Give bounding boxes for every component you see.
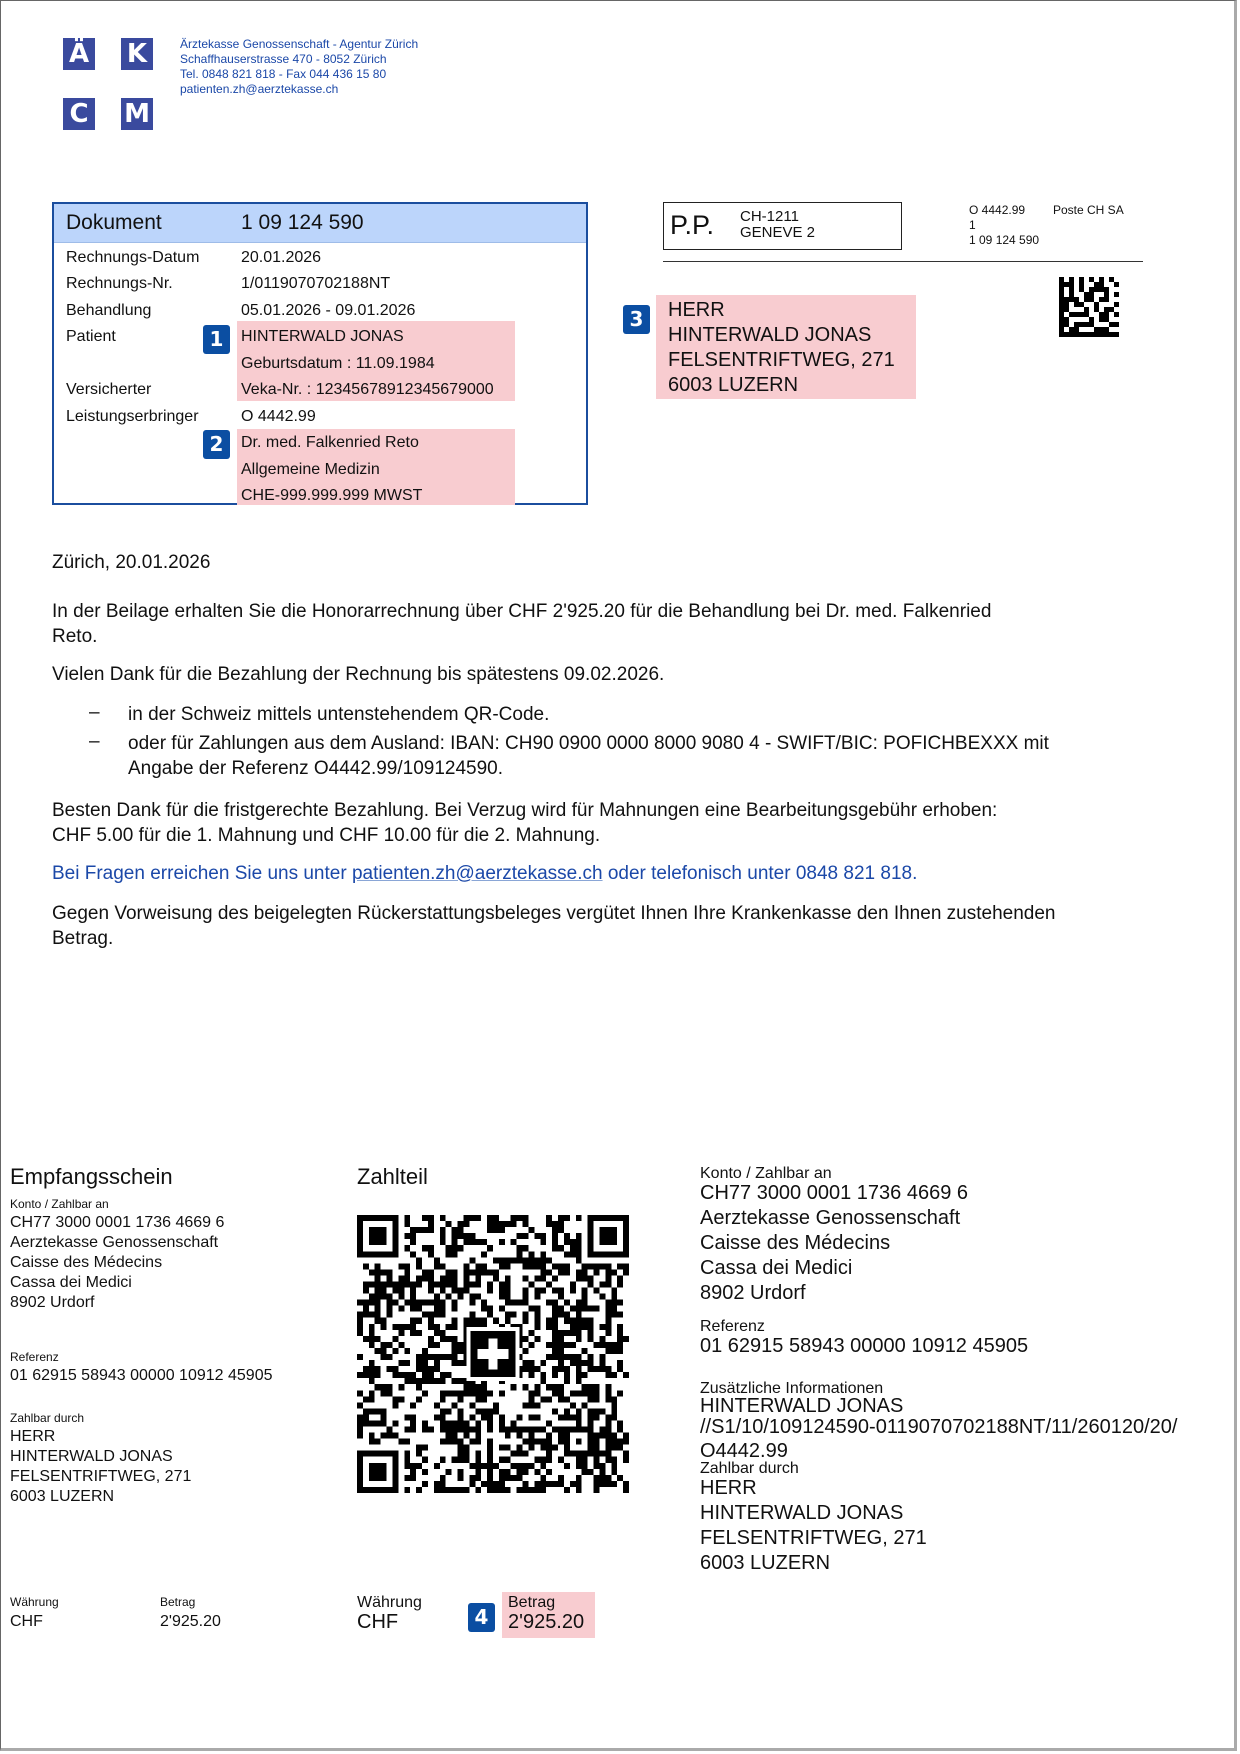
payment-creditor-name-fr: Caisse des Médecins [700,1231,968,1256]
postage-count: 1 [969,218,1039,233]
receipt-reference-label: Referenz [10,1350,59,1364]
payment-debtor-name: HINTERWALD JONAS [700,1501,927,1526]
additional-info-code: O4442.99 [700,1441,1177,1462]
receipt-creditor-name-fr: Caisse des Médecins [10,1253,224,1273]
bullet-foreign-payment: oder für Zahlungen aus dem Ausland: IBAN… [128,731,1168,781]
payment-creditor-name: Aerztekasse Genossenschaft [700,1206,968,1231]
receipt-iban: CH77 3000 0001 1736 4669 6 [10,1213,224,1233]
insured-label: Versicherter [66,381,151,399]
receipt-amount: 2'925.20 [160,1612,221,1632]
sender-email[interactable]: patienten.zh@aerztekasse.ch [180,82,418,97]
logo-tile-m: M [121,98,153,130]
treatment-value: 05.01.2026 - 09.01.2026 [241,302,415,320]
payment-reference: 01 62915 58943 00000 10912 45905 [700,1334,1028,1359]
provider-label: Leistungserbringer [66,408,199,426]
postage-carrier: Poste CH SA [1053,203,1124,218]
sender-name: Ärztekasse Genossenschaft - Agentur Züri… [180,37,418,52]
marker-badge-2: 2 [203,430,230,459]
bullet-foreign-line-2: Angabe der Referenz O4442.99/109124590. [128,756,1168,781]
document-info-table: Dokument 1 09 124 590 Rechnungs-Datum 20… [52,202,588,505]
postage-meta: O 4442.99 1 1 09 124 590 [969,203,1039,248]
logo-tile-c: C [63,98,95,130]
receipt-account: CH77 3000 0001 1736 4669 6 Aerztekasse G… [10,1213,224,1313]
receipt-debtor-name: HINTERWALD JONAS [10,1447,191,1467]
sender-address: Ärztekasse Genossenschaft - Agentur Züri… [180,37,418,97]
receipt-creditor-name: Aerztekasse Genossenschaft [10,1233,224,1253]
receipt-title: Empfangsschein [10,1164,173,1190]
postage-box: P.P. CH-1211 GENEVE 2 [663,202,902,250]
payment-deadline: Vielen Dank für die Bezahlung der Rechnu… [52,662,1172,687]
patient-label: Patient [66,328,116,346]
receipt-reference: 01 62915 58943 00000 10912 45905 [10,1366,272,1386]
postage-code: O 4442.99 [969,203,1039,218]
recipient-city: 6003 LUZERN [662,373,910,398]
intro-line-2: Reto. [52,624,1172,649]
invoice-number-value: 1/0119070702188NT [241,275,390,293]
postage-doc-number: 1 09 124 590 [969,233,1039,248]
bullet-foreign-line-1: oder für Zahlungen aus dem Ausland: IBAN… [128,731,1168,756]
logo-tile-k: K [121,38,153,70]
pp-mark: P.P. [670,210,714,241]
payment-debtor-street: FELSENTRIFTWEG, 271 [700,1526,927,1551]
contact-prefix: Bei Fragen erreichen Sie uns unter [52,863,352,884]
insured-veka-number: Veka-Nr. : 12345678912345679000 [241,381,494,399]
document-label: Dokument [66,211,162,235]
payment-debtor-city: 6003 LUZERN [700,1551,927,1576]
bullet-qr-payment: in der Schweiz mittels untenstehendem QR… [128,702,1168,727]
provider-code: O 4442.99 [241,408,316,426]
reimbursement-line-1: Gegen Vorweisung des beigelegten Rückers… [52,901,1172,926]
invoice-number-label: Rechnungs-Nr. [66,275,173,293]
intro-paragraph: In der Beilage erhalten Sie die Honorarr… [52,599,1172,649]
invoice-date-value: 20.01.2026 [241,249,321,267]
receipt-creditor-city: 8902 Urdorf [10,1293,224,1313]
recipient-address: HERR HINTERWALD JONAS FELSENTRIFTWEG, 27… [656,295,910,399]
payment-part-title: Zahlteil [357,1164,428,1190]
reimbursement-paragraph: Gegen Vorweisung des beigelegten Rückers… [52,901,1172,951]
invoice-date-label: Rechnungs-Datum [66,249,199,267]
patient-birthdate: Geburtsdatum : 11.09.1984 [241,355,435,373]
receipt-account-label: Konto / Zahlbar an [10,1197,109,1211]
receipt-debtor-salutation: HERR [10,1427,191,1447]
provider-vat-number: CHE-999.999.999 MWST [241,487,422,505]
receipt-debtor-street: FELSENTRIFTWEG, 271 [10,1467,191,1487]
payment-creditor-name-it: Cassa dei Medici [700,1256,968,1281]
provider-name: Dr. med. Falkenried Reto [241,434,419,452]
marker-badge-4: 4 [468,1603,495,1632]
payment-debtor-salutation: HERR [700,1476,927,1501]
recipient-name: HINTERWALD JONAS [662,323,910,348]
reminder-fees-paragraph: Besten Dank für die fristgerechte Bezahl… [52,798,1172,848]
reminder-line-1: Besten Dank für die fristgerechte Bezahl… [52,798,1172,823]
payment-account: CH77 3000 0001 1736 4669 6 Aerztekasse G… [700,1181,968,1306]
marker-badge-3: 3 [623,305,650,334]
info-table-header: Dokument 1 09 124 590 [54,204,586,243]
reimbursement-line-2: Betrag. [52,926,1172,951]
contact-paragraph: Bei Fragen erreichen Sie uns unter patie… [52,861,1172,886]
additional-info-structured: //S1/10/109124590-0119070702188NT/11/260… [700,1417,1177,1438]
sender-street: Schaffhauserstrasse 470 - 8052 Zürich [180,52,418,67]
bullet-dash-1: – [89,702,100,724]
receipt-payable-by: HERR HINTERWALD JONAS FELSENTRIFTWEG, 27… [10,1427,191,1507]
sender-phone: Tel. 0848 821 818 - Fax 044 436 15 80 [180,67,418,82]
payment-currency: CHF [357,1610,398,1635]
payment-payable-by: HERR HINTERWALD JONAS FELSENTRIFTWEG, 27… [700,1476,927,1576]
receipt-debtor-city: 6003 LUZERN [10,1487,191,1507]
contact-email-link[interactable]: patienten.zh@aerztekasse.ch [352,863,603,884]
payment-iban: CH77 3000 0001 1736 4669 6 [700,1181,968,1206]
receipt-creditor-name-it: Cassa dei Medici [10,1273,224,1293]
payment-creditor-city: 8902 Urdorf [700,1281,968,1306]
additional-info-name: HINTERWALD JONAS [700,1396,1177,1417]
reminder-line-2: CHF 5.00 für die 1. Mahnung und CHF 10.0… [52,823,1172,848]
intro-line-1: In der Beilage erhalten Sie die Honorarr… [52,599,1172,624]
pp-postcode: CH-1211 [740,209,815,225]
payment-amount: 2'925.20 [508,1610,584,1635]
bullet-dash-2: – [89,731,100,753]
postage-divider [663,261,1143,262]
document-number: 1 09 124 590 [241,211,364,235]
swiss-qr-code [357,1215,629,1493]
patient-name: HINTERWALD JONAS [241,328,404,346]
place-date: Zürich, 20.01.2026 [52,550,1172,575]
receipt-amount-label: Betrag [160,1595,195,1609]
receipt-currency: CHF [10,1612,43,1632]
receipt-currency-label: Währung [10,1595,59,1609]
additional-info: HINTERWALD JONAS //S1/10/109124590-01190… [700,1396,1177,1462]
marker-badge-1: 1 [203,325,230,354]
contact-suffix: oder telefonisch unter 0848 821 818. [603,863,918,884]
receipt-payable-by-label: Zahlbar durch [10,1411,84,1425]
provider-specialty: Allgemeine Medizin [241,461,380,479]
recipient-salutation: HERR [662,298,910,323]
pp-city: GENEVE 2 [740,225,815,241]
treatment-label: Behandlung [66,302,151,320]
datamatrix-code-icon [1059,277,1119,337]
recipient-street: FELSENTRIFTWEG, 271 [662,348,910,373]
logo-tile-a: Ä [63,38,95,70]
